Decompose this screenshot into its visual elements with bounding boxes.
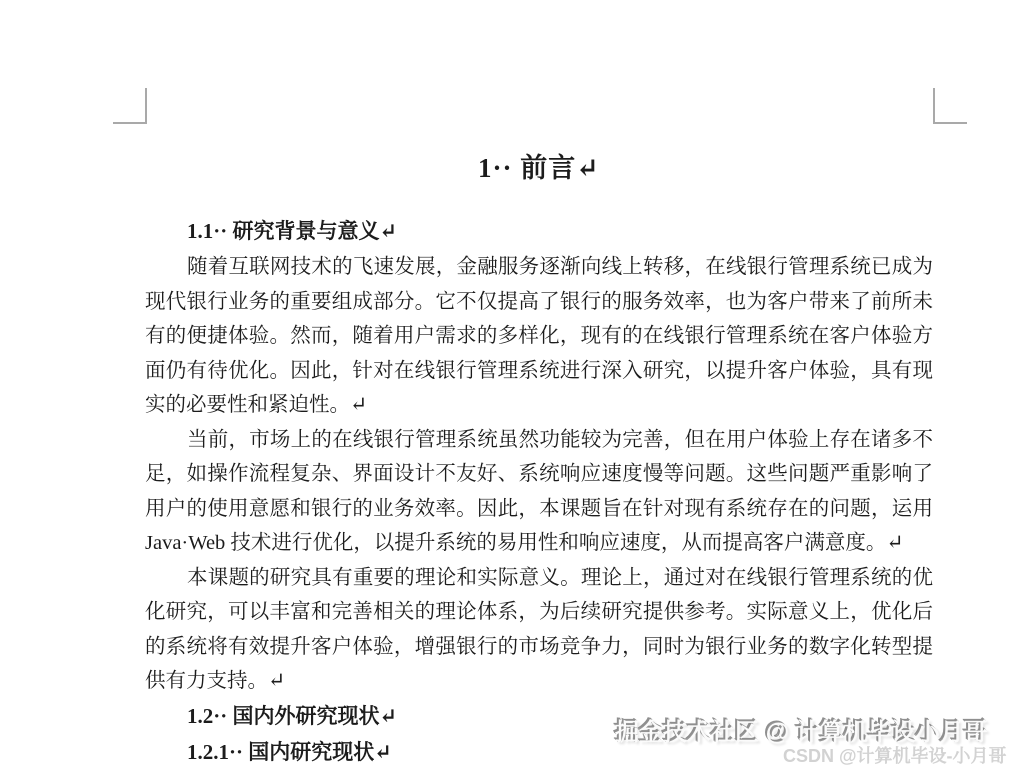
chapter-title[interactable]: 1·· 前言↵ — [145, 146, 933, 190]
body-text-line[interactable]: 面仍有待优化。因此，针对在线银行管理系统进行深入研究，以提升客户体验，具有现 — [145, 354, 933, 389]
body-text-line[interactable]: 现代银行业务的重要组成部分。它不仅提高了银行的服务效率，也为客户带来了前所未 — [145, 285, 933, 320]
section-heading-1-1[interactable]: 1.1·· 研究背景与意义↵ — [145, 214, 933, 249]
text-boundary-mark-top-left — [113, 88, 147, 124]
body-text-line[interactable]: 当前，市场上的在线银行管理系统虽然功能较为完善，但在用户体验上存在诸多不 — [145, 423, 933, 458]
body-text-line[interactable]: 的系统将有效提升客户体验，增强银行的市场竞争力，同时为银行业务的数字化转型提 — [145, 630, 933, 665]
body-text-line[interactable]: 有的便捷体验。然而，随着用户需求的多样化，现有的在线银行管理系统在客户体验方 — [145, 319, 933, 354]
body-text-line[interactable]: 供有力支持。↵ — [145, 664, 933, 699]
watermark-csdn: CSDN @计算机毕设-小月哥 — [783, 742, 1007, 768]
body-text-line[interactable]: 实的必要性和紧迫性。↵ — [145, 388, 933, 423]
document-page: 1·· 前言↵ 1.1·· 研究背景与意义↵ 随着互联网技术的飞速发展，金融服务… — [0, 0, 1029, 771]
body-text-line[interactable]: 足，如操作流程复杂、界面设计不友好、系统响应速度慢等问题。这些问题严重影响了 — [145, 457, 933, 492]
body-text-line[interactable]: 随着互联网技术的飞速发展，金融服务逐渐向线上转移，在线银行管理系统已成为 — [145, 250, 933, 285]
body-text-line[interactable]: 用户的使用意愿和银行的业务效率。因此，本课题旨在针对现有系统存在的问题，运用 — [145, 492, 933, 527]
document-text-area: 1·· 前言↵ 1.1·· 研究背景与意义↵ 随着互联网技术的飞速发展，金融服务… — [145, 0, 933, 771]
body-text-line[interactable]: 本课题的研究具有重要的理论和实际意义。理论上，通过对在线银行管理系统的优 — [145, 561, 933, 596]
body-text-line[interactable]: Java·Web 技术进行优化，以提升系统的易用性和响应速度，从而提高客户满意度… — [145, 526, 933, 561]
text-boundary-mark-top-right — [933, 88, 967, 124]
body-text-line[interactable]: 化研究，可以丰富和完善相关的理论体系，为后续研究提供参考。实际意义上，优化后 — [145, 595, 933, 630]
